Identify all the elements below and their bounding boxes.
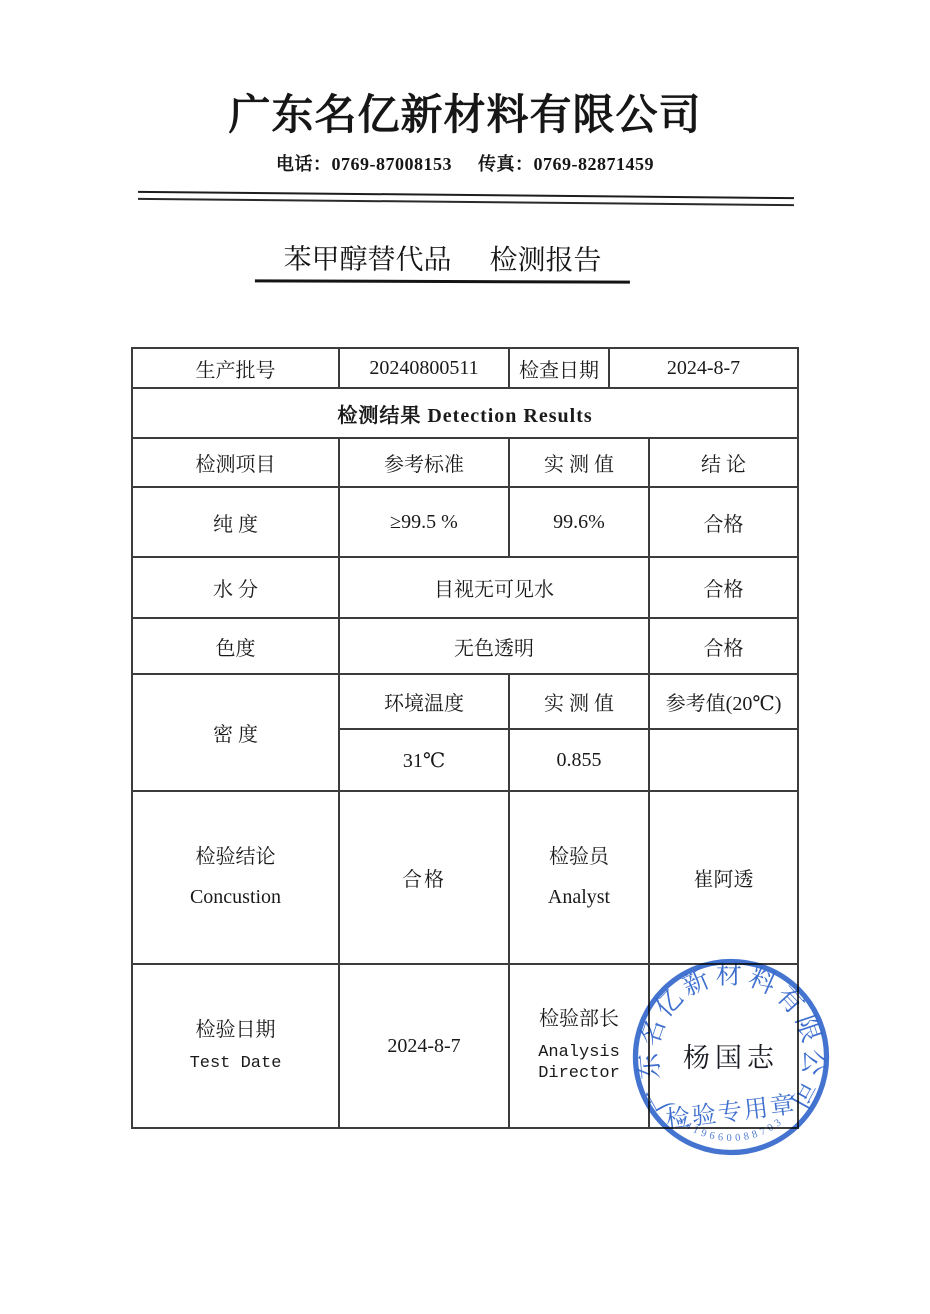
density-env-temp: 31℃: [339, 729, 509, 791]
section-title: 检测结果 Detection Results: [132, 388, 798, 438]
density-header-row: 密 度 环境温度 实 测 值 参考值(20℃): [132, 674, 798, 729]
moisture-label: 水 分: [132, 557, 339, 618]
purity-standard: ≥99.5 %: [339, 487, 509, 557]
moisture-row: 水 分 目视无可见水 合格: [132, 557, 798, 618]
batch-value: 20240800511: [339, 348, 509, 388]
header-conclusion: 结 论: [649, 438, 798, 487]
conclusion-label-en: Concustion: [190, 886, 281, 908]
director-label-en1: Analysis: [538, 1044, 620, 1063]
analyst-name: 崔阿透: [649, 791, 798, 964]
conclusion-label-cn: 检验结论: [190, 846, 281, 868]
contact-line: 电话：0769-87008153传真：0769-82871459: [0, 150, 930, 176]
product-name: 苯甲醇替代品: [283, 244, 451, 276]
conclusion-value: 合格: [339, 791, 509, 964]
batch-label: 生产批号: [132, 348, 339, 388]
test-date-label-cn: 检验日期: [190, 1019, 282, 1041]
moisture-value: 目视无可见水: [339, 557, 649, 618]
conclusion-label-lines: 检验结论 Concustion: [190, 846, 281, 908]
director-label: 检验部长 Analysis Director: [509, 964, 649, 1128]
header-measured: 实 测 值: [509, 438, 649, 487]
company-name: 广东名亿新材料有限公司: [0, 82, 930, 142]
director-signature-cell: [649, 964, 798, 1128]
density-measured: 0.855: [509, 729, 649, 791]
test-date-label-lines: 检验日期 Test Date: [190, 1019, 282, 1074]
report-subtitle: 苯甲醇替代品检测报告: [255, 237, 630, 283]
color-label: 色度: [132, 618, 339, 674]
phone-label: 电话：: [276, 154, 332, 174]
director-label-cn: 检验部长: [538, 1008, 620, 1030]
fax-number: 0769-82871459: [534, 154, 655, 174]
header-item: 检测项目: [132, 438, 339, 487]
moisture-conclusion: 合格: [649, 557, 798, 618]
color-row: 色度 无色透明 合格: [132, 618, 798, 674]
purity-label: 纯 度: [132, 487, 339, 557]
analyst-label-cn: 检验员: [548, 846, 610, 868]
batch-row: 生产批号 20240800511 检查日期 2024-8-7: [132, 348, 798, 388]
purity-conclusion: 合格: [649, 487, 798, 557]
density-measured-label: 实 测 值: [509, 674, 649, 729]
color-conclusion: 合格: [649, 618, 798, 674]
check-date-label: 检查日期: [509, 348, 609, 388]
purity-row: 纯 度 ≥99.5 % 99.6% 合格: [132, 487, 798, 557]
conclusion-label: 检验结论 Concustion: [132, 791, 339, 964]
color-value: 无色透明: [339, 618, 649, 674]
density-ref-value: [649, 729, 798, 791]
detection-results-table: 生产批号 20240800511 检查日期 2024-8-7 检测结果 Dete…: [131, 347, 799, 1129]
test-date-label: 检验日期 Test Date: [132, 964, 339, 1128]
test-date-label-en: Test Date: [190, 1055, 282, 1074]
analyst-label-en: Analyst: [548, 886, 610, 908]
fax-label: 传真：: [478, 154, 534, 174]
header-standard: 参考标准: [339, 438, 509, 487]
director-label-en2: Director: [538, 1065, 620, 1084]
conclusion-row: 检验结论 Concustion 合格 检验员 Analyst 崔阿透: [132, 791, 798, 964]
density-ref-label: 参考值(20℃): [649, 674, 798, 729]
analyst-label: 检验员 Analyst: [509, 791, 649, 964]
section-title-row: 检测结果 Detection Results: [132, 388, 798, 438]
check-date-value: 2024-8-7: [609, 348, 798, 388]
director-label-lines: 检验部长 Analysis Director: [538, 1008, 620, 1083]
density-env-temp-label: 环境温度: [339, 674, 509, 729]
test-date-row: 检验日期 Test Date 2024-8-7 检验部长 Analysis Di…: [132, 964, 798, 1128]
purity-measured: 99.6%: [509, 487, 649, 557]
test-date-value: 2024-8-7: [339, 964, 509, 1128]
header-divider-rule: [138, 191, 794, 206]
density-label: 密 度: [132, 674, 339, 791]
column-header-row: 检测项目 参考标准 实 测 值 结 论: [132, 438, 798, 487]
report-title: 检测报告: [489, 245, 601, 276]
phone-number: 0769-87008153: [332, 154, 453, 174]
analyst-label-lines: 检验员 Analyst: [548, 846, 610, 908]
